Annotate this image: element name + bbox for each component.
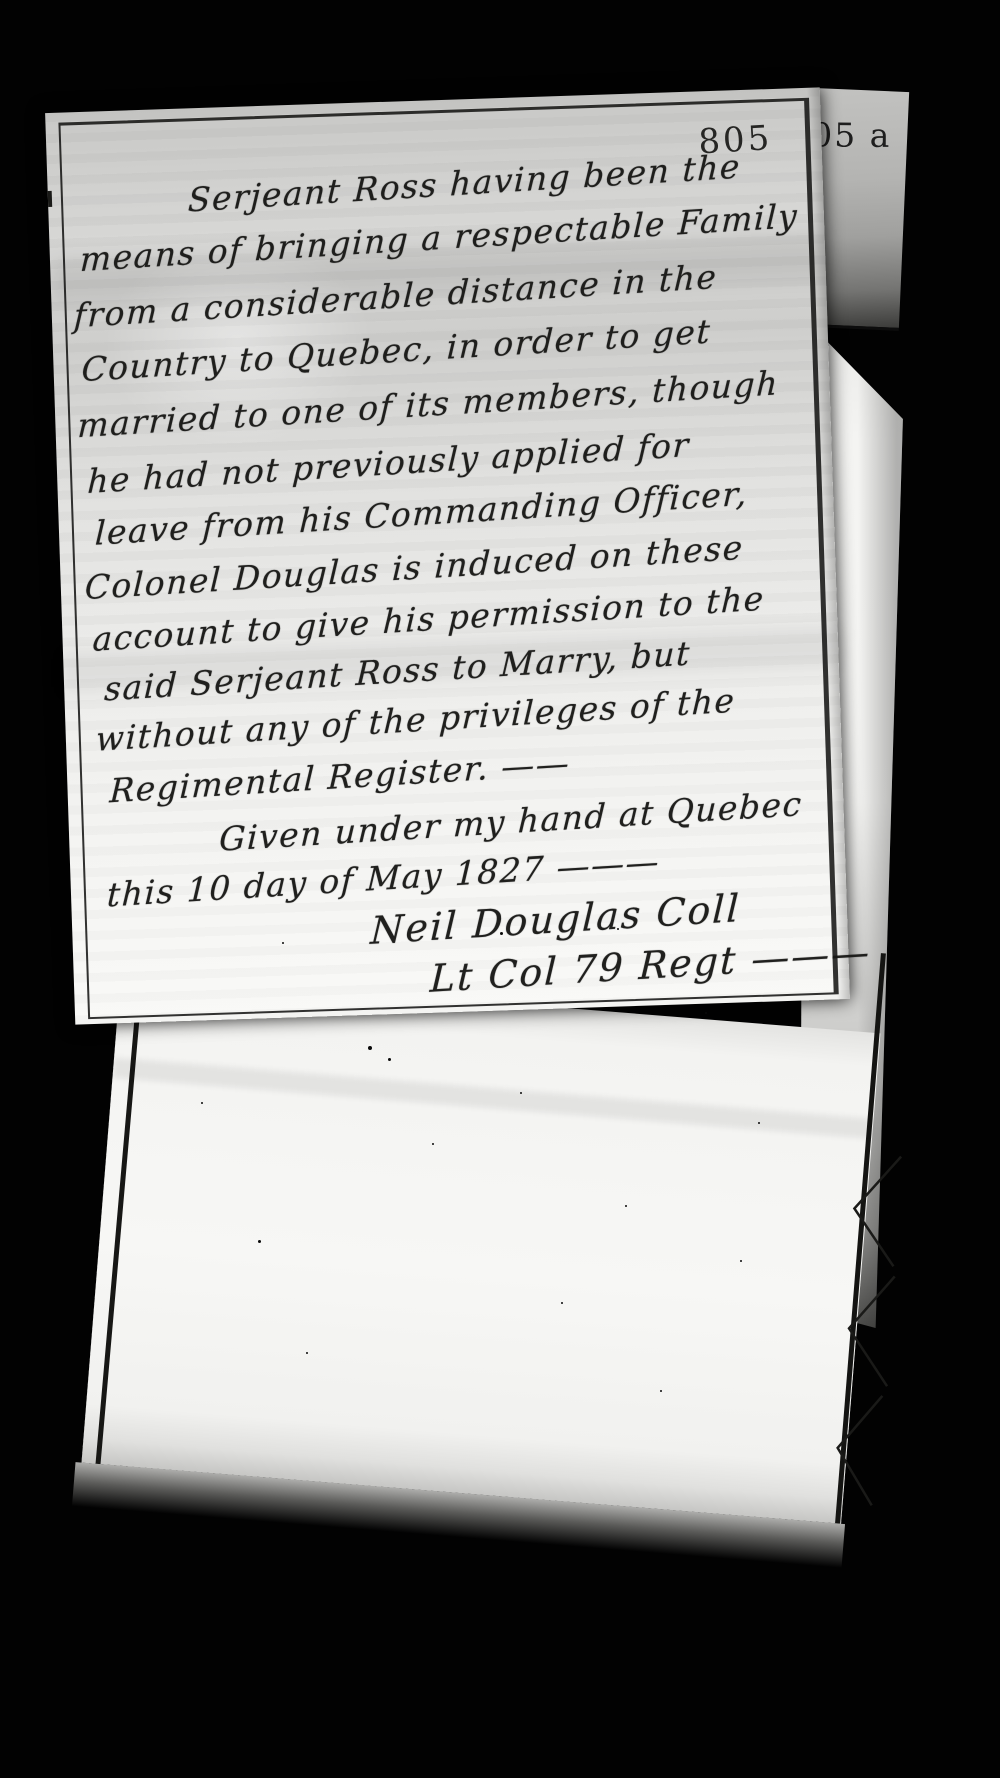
dust-speck [758,1122,760,1124]
dust-speck [282,942,284,944]
adjacent-page-number: 05 a [811,115,891,155]
dust-speck [660,1390,662,1392]
dust-speck [201,1102,203,1104]
dust-speck [258,1240,261,1243]
dust-speck [432,1143,434,1145]
dust-speck [625,1205,627,1207]
dust-speck [388,1058,391,1061]
dust-speck [705,1012,707,1014]
dust-speck [520,1092,522,1094]
dust-speck [617,928,619,930]
dust-speck [306,1352,308,1354]
scan-artifact-band [112,1058,873,1139]
blank-lower-page [81,972,880,1524]
dust-speck [368,1046,372,1050]
dust-speck [561,1302,563,1304]
manuscript-page: 805 Serjeant Ross having been the means … [45,87,850,1024]
dust-speck [740,1260,742,1262]
dust-speck [500,932,503,935]
edge-mark [48,191,53,207]
microfilm-scan: 05 a 805 Serjeant Ross having been the m… [0,0,1000,1778]
